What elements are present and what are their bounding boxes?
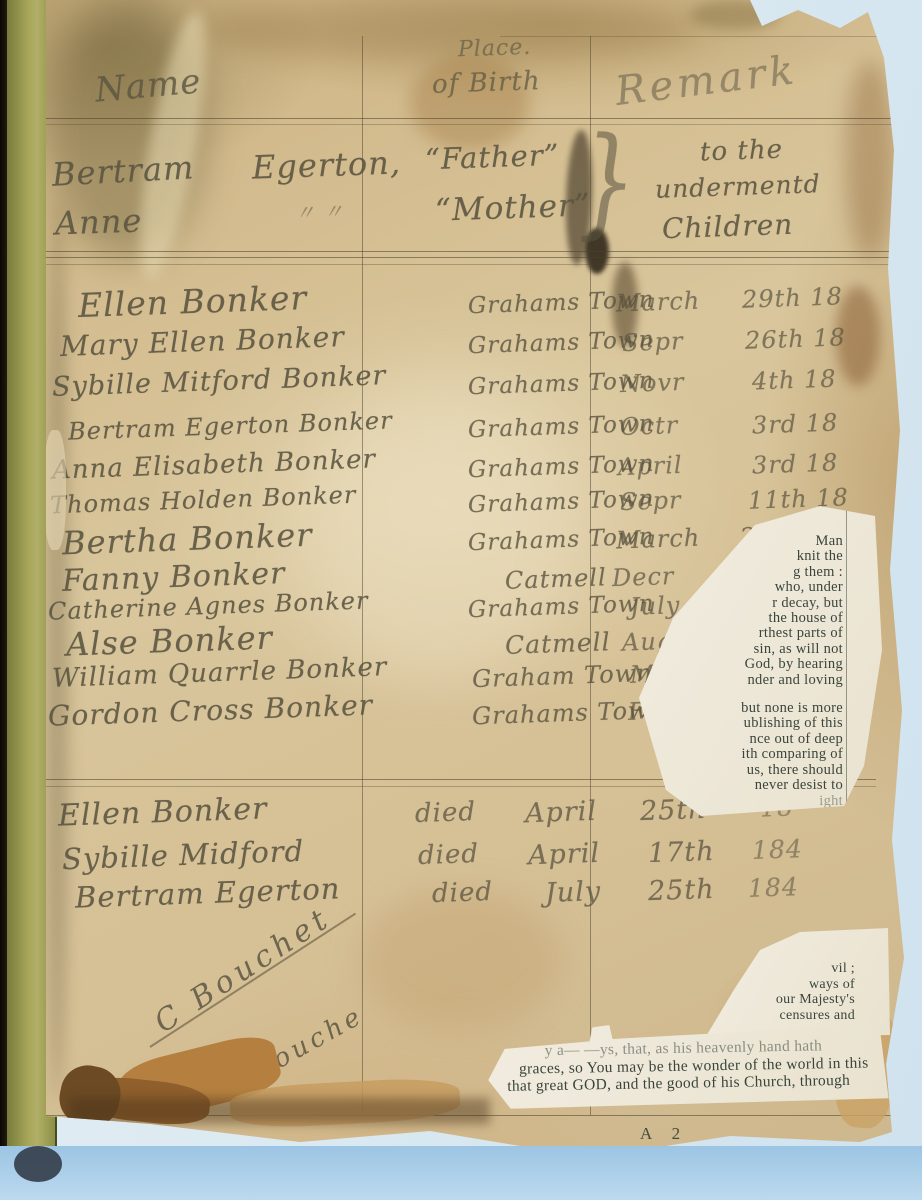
death-word: died: [417, 839, 479, 871]
torn-printed-fragment: vil ; ways of our Majesty's censures and: [690, 925, 890, 1040]
deceased-name: Ellen Bonker: [57, 791, 268, 833]
mother-title: “Mother”: [434, 187, 591, 228]
child-name: Mary Ellen Bonker: [60, 320, 346, 363]
table-rule: [46, 251, 898, 252]
printed-line: g them :: [741, 565, 843, 580]
printed-line: r decay, but: [741, 596, 843, 611]
printed-line: knit the: [741, 549, 843, 564]
death-year: 184: [752, 834, 804, 865]
printed-line: never desist to: [741, 778, 843, 793]
header-remark: Remark: [613, 47, 800, 115]
child-birth-day: 3rd 18: [752, 409, 839, 440]
child-name: Sybille Mitford Bonker: [52, 360, 387, 403]
child-birth-month: March: [616, 287, 701, 318]
child-name: Bertha Bonker: [61, 516, 313, 563]
printed-line: ith comparing of: [741, 747, 843, 762]
child-birth-month: Octr: [620, 411, 679, 441]
father-title: “Father”: [424, 138, 560, 177]
child-birth-month: Decr: [612, 562, 675, 592]
photo-of-register-page: Name Place. of Birth Remark Bertram Eger…: [0, 0, 922, 1200]
brace: }: [578, 112, 638, 251]
child-name: William Quarrle Bonker: [52, 652, 388, 694]
table-rule: [46, 124, 894, 125]
death-month: April: [527, 838, 600, 871]
printed-line: Man: [741, 534, 843, 549]
child-name: Thomas Holden Bonker: [50, 481, 357, 520]
tear-shadow: [70, 1098, 490, 1124]
child-birth-month: April: [618, 451, 683, 481]
table-rule: [46, 257, 898, 258]
child-row: Mary Ellen Bonker Grahams Town Sepr 26th…: [0, 325, 922, 371]
printed-line: the house of: [741, 611, 843, 626]
photo-background-strip: [0, 1146, 922, 1200]
parents-note-line1: to the: [700, 135, 784, 168]
printed-line: our Majesty's: [776, 992, 855, 1008]
child-birthplace: Catmell: [505, 563, 608, 595]
child-name: Anna Elisabeth Bonker: [52, 444, 377, 485]
table-rule: [46, 264, 898, 265]
death-day: 17th: [647, 836, 715, 869]
printed-border-rule: [846, 504, 847, 814]
header-place-line2: of Birth: [432, 66, 542, 100]
deceased-name: Bertram Egerton: [74, 871, 340, 914]
printed-line: sin, as will not: [741, 642, 843, 657]
stain: [200, 0, 700, 60]
child-birthplace: Graham Town: [472, 659, 654, 693]
child-name: Bertram Egerton Bonker: [68, 406, 393, 445]
death-month: July: [544, 876, 601, 909]
printed-line: ways of: [776, 977, 855, 993]
child-name: Gordon Cross Bonker: [48, 688, 374, 732]
parents-note-line2: undermentd: [655, 169, 822, 204]
printed-line: God, by hearing: [741, 657, 843, 672]
printed-line: nce out of deep: [741, 732, 843, 747]
death-year: 184: [748, 872, 800, 903]
table-rule: [46, 118, 894, 119]
printed-line: but none is more: [741, 701, 843, 716]
printed-line: censures and: [776, 1008, 855, 1024]
death-row: Bertram Egerton died July 25th 184: [0, 876, 922, 922]
child-birth-day: 29th 18: [742, 282, 844, 314]
printed-line: vil ;: [776, 961, 855, 977]
table-rule: [500, 36, 890, 37]
stain: [690, 0, 780, 30]
printed-line: us, there should: [741, 763, 843, 778]
child-row: Sybille Mitford Bonker Grahams Town Novr…: [0, 366, 922, 412]
death-day: 25th: [647, 874, 715, 907]
death-word: died: [414, 797, 476, 829]
printed-line: ight: [741, 794, 843, 809]
child-birth-month: Novr: [620, 368, 685, 398]
deceased-name: Sybille Midford: [61, 834, 304, 876]
father-first-name: Bertram: [51, 148, 195, 193]
child-birth-month: Sepr: [620, 486, 682, 516]
child-birth-day: 3rd 18: [752, 449, 839, 480]
death-month: April: [524, 796, 597, 829]
printer-signature-mark: A 2: [640, 1124, 688, 1144]
child-birth-month: Sepr: [622, 327, 684, 357]
printed-line: who, under: [741, 580, 843, 595]
child-birth-month: March: [616, 524, 701, 555]
register-page: Name Place. of Birth Remark Bertram Eger…: [0, 0, 922, 1200]
death-word: died: [431, 877, 493, 909]
header-place-line1: Place.: [458, 35, 532, 63]
mother-first-name: Anne: [54, 201, 143, 242]
torn-printed-strip: y a— —ys, that, as his heavenly hand hat…: [449, 1018, 891, 1116]
child-birthplace: Grahams Town: [468, 591, 655, 623]
parents-note-line3: Children: [661, 208, 793, 246]
child-name: Ellen Bonker: [77, 278, 307, 325]
printed-line: ublishing of this: [741, 716, 843, 731]
child-birthplace: Catmell: [505, 627, 612, 660]
child-birth-month: July: [630, 591, 681, 621]
father-surname: Egerton,: [251, 143, 401, 186]
printed-line: rthest parts of: [741, 626, 843, 641]
child-row: Ellen Bonker Grahams Town March 29th 18: [0, 282, 922, 328]
child-birth-day: 4th 18: [752, 365, 837, 396]
printed-line: nder and loving: [741, 673, 843, 688]
ditto-marks: 〃 〃: [295, 195, 345, 226]
child-birth-day: 26th 18: [745, 323, 847, 355]
stain: [845, 60, 895, 260]
torn-edge-highlight: [44, 430, 66, 550]
book-edge-shadow: [14, 1146, 62, 1182]
